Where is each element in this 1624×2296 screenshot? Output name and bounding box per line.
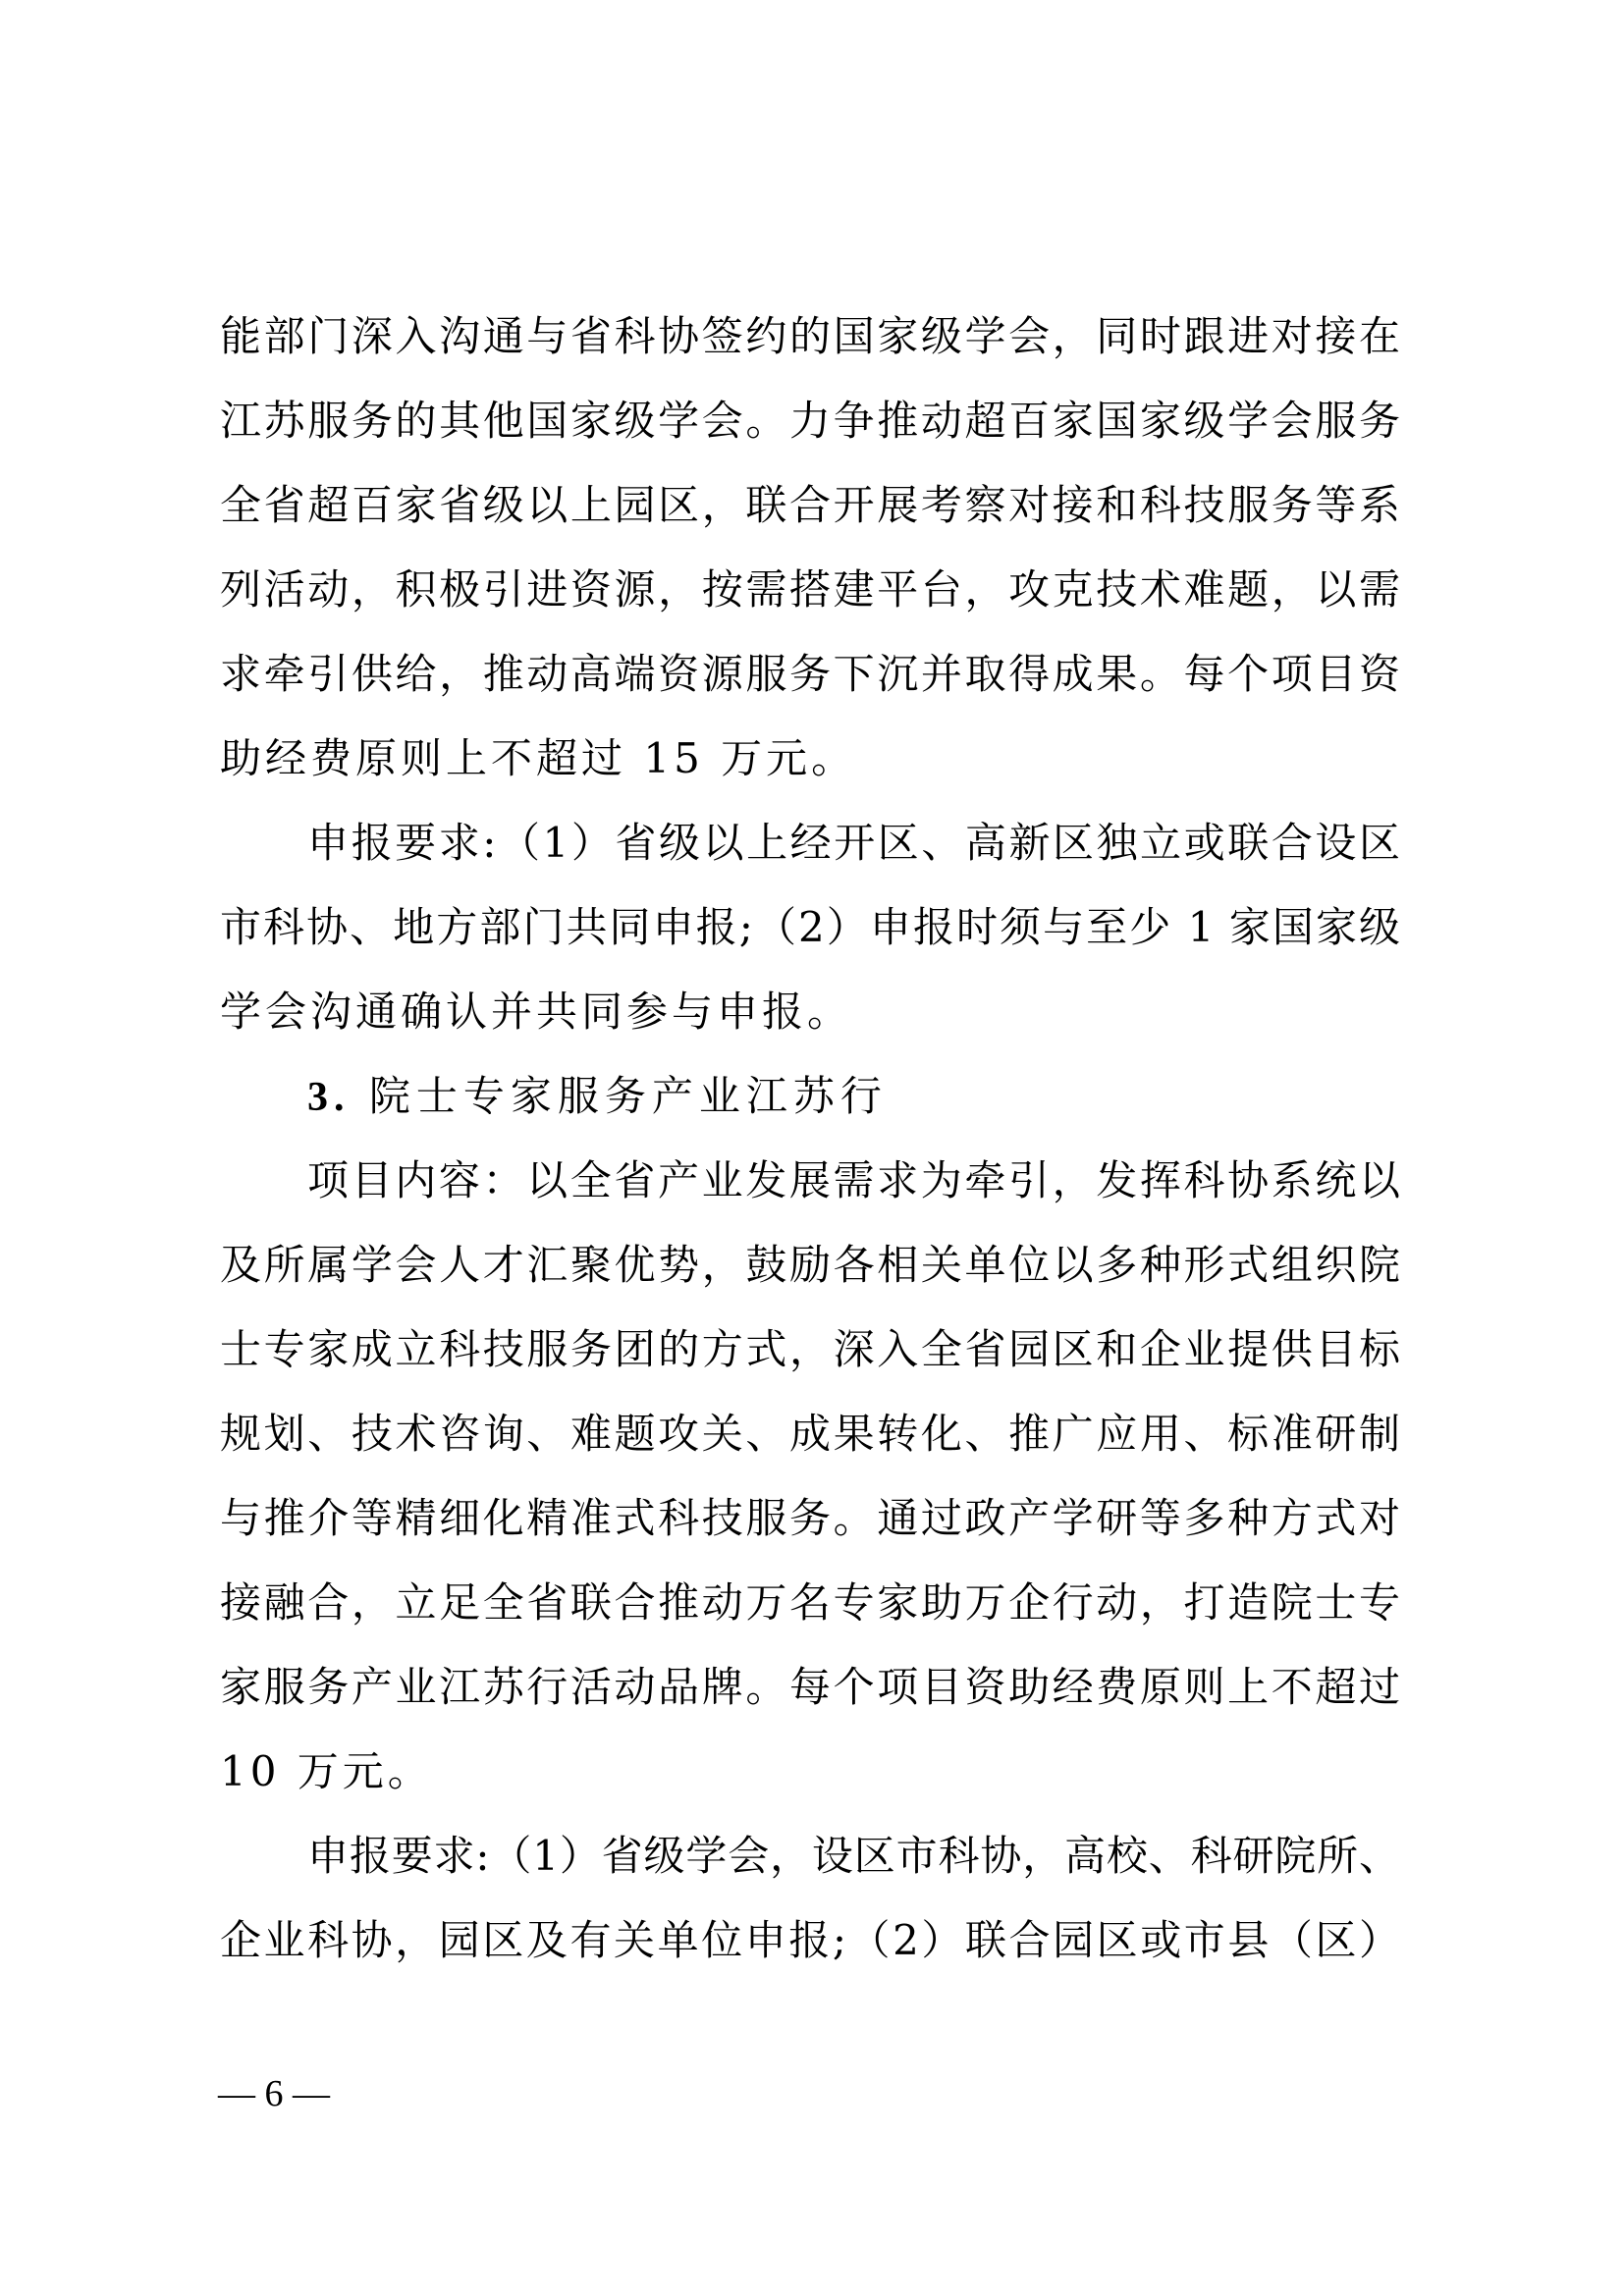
project-content-line: 10 万元。: [220, 1742, 1400, 1801]
project-content-line: 接融合，立足全省联合推动万名专家助万企行动，打造院士专: [220, 1574, 1400, 1632]
project-content-line: 规划、技术咨询、难题攻关、成果转化、推广应用、标准研制: [220, 1405, 1400, 1464]
paragraph-line: 助经费原则上不超过 15 万元。: [220, 729, 1400, 788]
project-content-line: 项目内容：以全省产业发展需求为牵引，发挥科协系统以: [307, 1151, 1400, 1210]
document-page: 能部门深入沟通与省科协签约的国家级学会，同时跟进对接在 江苏服务的其他国家级学会…: [0, 0, 1624, 2296]
project-content-line: 与推介等精细化精准式科技服务。通过政产学研等多种方式对: [220, 1489, 1400, 1548]
section-heading: 3. 院士专家服务产业江苏行: [307, 1067, 1400, 1126]
paragraph-line: 求牵引供给，推动高端资源服务下沉并取得成果。每个项目资: [220, 645, 1400, 704]
requirement-line: 申报要求:（1）省级学会，设区市科协，高校、科研院所、: [307, 1827, 1400, 1886]
project-content-line: 及所属学会人才汇聚优势，鼓励各相关单位以多种形式组织院: [220, 1236, 1400, 1295]
project-content-line: 士专家成立科技服务团的方式，深入全省园区和企业提供目标: [220, 1320, 1400, 1379]
paragraph-line: 能部门深入沟通与省科协签约的国家级学会，同时跟进对接在: [220, 307, 1400, 366]
requirement-line: 企业科协，园区及有关单位申报;（2）联合园区或市县（区）: [220, 1911, 1400, 1970]
requirement-line: 申报要求:（1）省级以上经开区、高新区独立或联合设区: [307, 814, 1400, 873]
paragraph-line: 全省超百家省级以上园区，联合开展考察对接和科技服务等系: [220, 476, 1400, 535]
paragraph-line: 列活动，积极引进资源，按需搭建平台，攻克技术难题，以需: [220, 561, 1400, 619]
paragraph-line: 江苏服务的其他国家级学会。力争推动超百家国家级学会服务: [220, 392, 1400, 451]
requirement-line: 市科协、地方部门共同申报;（2）申报时须与至少 1 家国家级: [220, 898, 1400, 957]
requirement-line: 学会沟通确认并共同参与申报。: [220, 983, 1400, 1041]
section-heading-number: 3.: [307, 1075, 351, 1120]
section-heading-title: 院士专家服务产业江苏行: [351, 1072, 888, 1120]
page-number: — 6 —: [218, 2069, 330, 2118]
project-content-line: 家服务产业江苏行活动品牌。每个项目资助经费原则上不超过: [220, 1658, 1400, 1717]
